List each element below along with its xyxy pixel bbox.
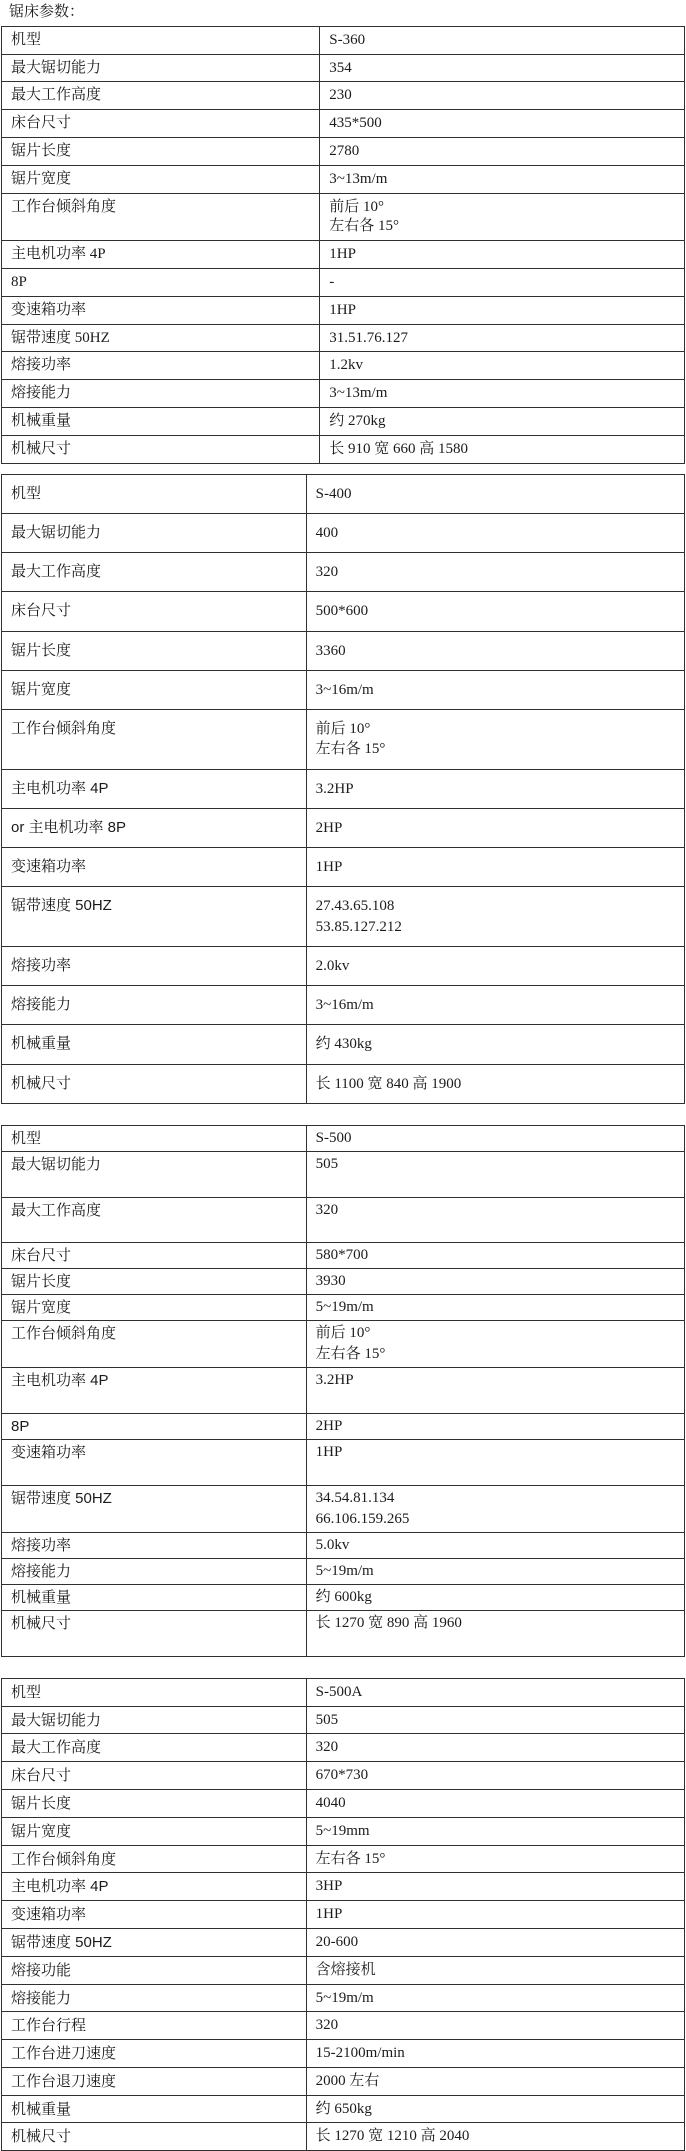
value-line: 约 270kg (329, 412, 675, 432)
table-row: 工作台倾斜角度前后 10°左右各 15° (2, 710, 685, 770)
spec-label-cell: 工作台倾斜角度 (2, 710, 307, 770)
spec-label-cell: 最大工作高度 (2, 1197, 307, 1243)
value-line: 53.85.127.212 (316, 917, 675, 937)
spec-label-cell: 熔接能力 (2, 380, 320, 408)
spec-value-cell: 1.2kv (320, 352, 685, 380)
spec-label-cell: 变速箱功率 (2, 296, 320, 324)
value-line: 400 (316, 523, 675, 543)
value-line (316, 1634, 675, 1654)
spec-label-cell: 工作台倾斜角度 (2, 1845, 307, 1873)
spec-label-cell: 锯带速度 50HZ (2, 324, 320, 352)
value-line: 左右各 15° (316, 1850, 675, 1870)
value-line: 5~19m/m (316, 1989, 675, 2009)
spec-label-cell: 机型 (2, 1125, 307, 1151)
value-line: 354 (329, 59, 675, 79)
spec-label-cell: 机型 (2, 474, 307, 513)
spec-value-cell: 长 1100 宽 840 高 1900 (306, 1064, 684, 1103)
spec-label-cell: 最大工作高度 (2, 553, 307, 592)
value-line: 1.2kv (329, 356, 675, 376)
value-line: 34.54.81.134 (316, 1488, 675, 1509)
table-row: 锯片长度4040 (2, 1789, 685, 1817)
value-line: 长 1100 宽 840 高 1900 (316, 1074, 675, 1094)
table-row: 机械尺寸长 1270 宽 890 高 1960 (2, 1610, 685, 1656)
table-row: 工作台倾斜角度前后 10°左右各 15° (2, 1321, 685, 1368)
spec-value-cell: 5~19m/m (306, 1984, 684, 2012)
table-row: 工作台倾斜角度前后 10°左右各 15° (2, 193, 685, 241)
value-line: 320 (316, 1200, 675, 1221)
table-row: 熔接功能含熔接机 (2, 1956, 685, 1984)
spec-label-cell: 锯片宽度 (2, 1817, 307, 1845)
value-line: 2780 (329, 142, 675, 162)
spec-value-cell: 2HP (306, 808, 684, 847)
spec-label-cell: 主电机功率 4P (2, 769, 307, 808)
table-row: 最大工作高度320 (2, 1197, 685, 1243)
spec-label-cell: 最大锯切能力 (2, 513, 307, 552)
spec-value-cell: 20-600 (306, 1928, 684, 1956)
spec-value-cell: 2000 左右 (306, 2067, 684, 2095)
value-line (316, 1175, 675, 1195)
value-line: 1HP (316, 1442, 675, 1463)
table-row: 变速箱功率1HP (2, 1440, 685, 1486)
spec-label-cell: or 主电机功率 8P (2, 808, 307, 847)
table-row: 床台尺寸670*730 (2, 1762, 685, 1790)
spec-value-cell: S-500A (306, 1678, 684, 1706)
table-row: 锯片宽度5~19mm (2, 1817, 685, 1845)
spec-label-cell: 熔接能力 (2, 1984, 307, 2012)
value-line: 3HP (316, 1877, 675, 1897)
value-line: 长 910 宽 660 高 1580 (329, 440, 675, 460)
spec-value-cell: 400 (306, 513, 684, 552)
value-line: 约 600kg (316, 1587, 675, 1608)
spec-label-cell: 锯片长度 (2, 631, 307, 670)
value-line: 3~16m/m (316, 680, 675, 700)
value-line: 左右各 15° (316, 1344, 675, 1365)
spec-label-cell: 8P (2, 268, 320, 296)
spec-label-cell: 最大锯切能力 (2, 1151, 307, 1197)
spec-value-cell: 约 650kg (306, 2095, 684, 2123)
spec-value-cell: 3~13m/m (320, 380, 685, 408)
spec-label-cell: 工作台行程 (2, 2012, 307, 2040)
spec-label-cell: 最大工作高度 (2, 82, 320, 110)
table-row: or 主电机功率 8P2HP (2, 808, 685, 847)
table-row: 工作台倾斜角度左右各 15° (2, 1845, 685, 1873)
value-line: 500*600 (316, 601, 675, 621)
spec-value-cell: 2.0kv (306, 946, 684, 985)
table-row: 机型S-500A (2, 1678, 685, 1706)
value-line: 320 (316, 2016, 675, 2036)
table-row: 锯片宽度5~19m/m (2, 1295, 685, 1321)
value-line: 3.2HP (316, 1370, 675, 1391)
table-row: 8P- (2, 268, 685, 296)
table-row: 机械重量约 600kg (2, 1584, 685, 1610)
spec-value-cell: 长 910 宽 660 高 1580 (320, 435, 685, 463)
spec-value-cell: 4040 (306, 1789, 684, 1817)
spec-value-cell: 34.54.81.13466.106.159.265 (306, 1485, 684, 1532)
value-line: 3~16m/m (316, 995, 675, 1015)
table-row: 主电机功率 4P3HP (2, 1873, 685, 1901)
spec-value-cell: 3~16m/m (306, 986, 684, 1025)
spec-value-cell: 1HP (306, 1901, 684, 1929)
spec-label-cell: 最大锯切能力 (2, 1706, 307, 1734)
spec-label-cell: 床台尺寸 (2, 592, 307, 631)
table-row: 机型S-400 (2, 474, 685, 513)
spec-table-s500: 机型S-500最大锯切能力505最大工作高度320床台尺寸580*700锯片长度… (1, 1125, 685, 1657)
spec-value-cell: 3360 (306, 631, 684, 670)
value-line: 2HP (316, 1416, 675, 1437)
value-line: 2HP (316, 818, 675, 838)
spec-value-cell: 1HP (320, 296, 685, 324)
spec-table-s500a: 机型S-500A最大锯切能力505最大工作高度320床台尺寸670*730锯片长… (1, 1678, 685, 2151)
value-line: 前后 10° (316, 719, 675, 739)
spec-value-cell: 1HP (306, 848, 684, 887)
value-line: 前后 10° (329, 198, 675, 218)
table-row: 工作台进刀速度15-2100m/min (2, 2040, 685, 2068)
spec-label-cell: 最大工作高度 (2, 1734, 307, 1762)
value-line: S-400 (316, 484, 675, 504)
value-line: 4040 (316, 1794, 675, 1814)
table-row: 锯带速度 50HZ34.54.81.13466.106.159.265 (2, 1485, 685, 1532)
spec-label-cell: 锯带速度 50HZ (2, 1928, 307, 1956)
spec-label-cell: 熔接能力 (2, 1558, 307, 1584)
value-line: 1HP (329, 301, 675, 321)
value-line: 66.106.159.265 (316, 1509, 675, 1530)
table-row: 锯带速度 50HZ31.51.76.127 (2, 324, 685, 352)
table-row: 最大锯切能力354 (2, 54, 685, 82)
value-line: 580*700 (316, 1245, 675, 1266)
value-line: 左右各 15° (329, 217, 675, 237)
spec-value-cell: 320 (306, 2012, 684, 2040)
spec-value-cell: 含熔接机 (306, 1956, 684, 1984)
spec-label-cell: 熔接功率 (2, 1532, 307, 1558)
spec-value-cell: S-500 (306, 1125, 684, 1151)
value-line: 2.0kv (316, 956, 675, 976)
spec-label-cell: 主电机功率 4P (2, 241, 320, 269)
spec-label-cell: 机械重量 (2, 2095, 307, 2123)
spec-value-cell: S-360 (320, 26, 685, 54)
table-row: 工作台退刀速度2000 左右 (2, 2067, 685, 2095)
spec-label-cell: 锯带速度 50HZ (2, 1485, 307, 1532)
spec-value-cell: 320 (306, 553, 684, 592)
spec-label-cell: 机械重量 (2, 407, 320, 435)
spec-label-cell: 变速箱功率 (2, 1901, 307, 1929)
table-row: 最大锯切能力400 (2, 513, 685, 552)
spec-label-cell: 变速箱功率 (2, 848, 307, 887)
spec-value-cell: 27.43.65.10853.85.127.212 (306, 887, 684, 947)
spec-label-cell: 变速箱功率 (2, 1440, 307, 1486)
spec-label-cell: 床台尺寸 (2, 1762, 307, 1790)
spec-label-cell: 机型 (2, 26, 320, 54)
table-row: 机械尺寸长 1100 宽 840 高 1900 (2, 1064, 685, 1103)
spec-value-cell: S-400 (306, 474, 684, 513)
spec-label-cell: 机型 (2, 1678, 307, 1706)
spec-value-cell: 500*600 (306, 592, 684, 631)
spec-label-cell: 主电机功率 4P (2, 1368, 307, 1414)
spec-value-cell: 约 270kg (320, 407, 685, 435)
table-row: 主电机功率 4P3.2HP (2, 1368, 685, 1414)
table-row: 机械尺寸长 910 宽 660 高 1580 (2, 435, 685, 463)
spec-table-s400: 机型S-400最大锯切能力400最大工作高度320床台尺寸500*600锯片长度… (1, 474, 685, 1104)
table-row: 锯带速度 50HZ20-600 (2, 1928, 685, 1956)
table-row: 床台尺寸500*600 (2, 592, 685, 631)
spec-value-cell: 长 1270 宽 890 高 1960 (306, 1610, 684, 1656)
spec-label-cell: 锯片长度 (2, 1269, 307, 1295)
value-line: 1HP (316, 1905, 675, 1925)
spec-label-cell: 工作台退刀速度 (2, 2067, 307, 2095)
value-line: 左右各 15° (316, 739, 675, 759)
spec-label-cell: 工作台倾斜角度 (2, 1321, 307, 1368)
value-line: 505 (316, 1154, 675, 1175)
spec-value-cell: 约 430kg (306, 1025, 684, 1064)
spec-value-cell: 505 (306, 1151, 684, 1197)
spec-value-cell: 670*730 (306, 1762, 684, 1790)
spec-value-cell: 前后 10°左右各 15° (306, 710, 684, 770)
table-row: 锯片宽度3~13m/m (2, 165, 685, 193)
table-row: 8P2HP (2, 1414, 685, 1440)
table-row: 变速箱功率1HP (2, 848, 685, 887)
spec-value-cell: 前后 10°左右各 15° (320, 193, 685, 241)
spec-value-cell: 230 (320, 82, 685, 110)
spec-label-cell: 床台尺寸 (2, 1243, 307, 1269)
value-line: 320 (316, 1738, 675, 1758)
spec-value-cell: 1HP (306, 1440, 684, 1486)
table-row: 熔接功率2.0kv (2, 946, 685, 985)
spec-label-cell: 机械尺寸 (2, 1610, 307, 1656)
spec-label-cell: 熔接功率 (2, 352, 320, 380)
spec-label-cell: 锯片宽度 (2, 1295, 307, 1321)
spec-value-cell: 3.2HP (306, 769, 684, 808)
value-line: S-500A (316, 1683, 675, 1703)
value-line (316, 1221, 675, 1241)
spec-value-cell: 5.0kv (306, 1532, 684, 1558)
value-line (316, 1463, 675, 1483)
table-row: 机械尺寸长 1270 宽 1210 高 2040 (2, 2123, 685, 2151)
spec-label-cell: 床台尺寸 (2, 110, 320, 138)
table-row: 机械重量约 270kg (2, 407, 685, 435)
spec-label-cell: 机械重量 (2, 1025, 307, 1064)
spec-value-cell: 320 (306, 1197, 684, 1243)
value-line: 505 (316, 1711, 675, 1731)
spec-value-cell: - (320, 268, 685, 296)
spec-value-cell: 580*700 (306, 1243, 684, 1269)
spec-label-cell: 机械重量 (2, 1584, 307, 1610)
value-line: 1HP (329, 245, 675, 265)
spec-value-cell: 长 1270 宽 1210 高 2040 (306, 2123, 684, 2151)
value-line: 3~13m/m (329, 170, 675, 190)
spec-value-cell: 3.2HP (306, 1368, 684, 1414)
table-row: 机械重量约 430kg (2, 1025, 685, 1064)
spec-label-cell: 主电机功率 4P (2, 1873, 307, 1901)
spec-label-cell: 熔接功能 (2, 1956, 307, 1984)
spec-label-cell: 机械尺寸 (2, 2123, 307, 2151)
spec-label-cell: 熔接能力 (2, 986, 307, 1025)
table-row: 锯带速度 50HZ27.43.65.10853.85.127.212 (2, 887, 685, 947)
spec-label-cell: 锯带速度 50HZ (2, 887, 307, 947)
spec-value-cell: 3~13m/m (320, 165, 685, 193)
table-row: 最大锯切能力505 (2, 1706, 685, 1734)
spec-label-cell: 机械尺寸 (2, 1064, 307, 1103)
value-line: 前后 10° (316, 1323, 675, 1344)
spec-value-cell: 31.51.76.127 (320, 324, 685, 352)
spec-value-cell: 2780 (320, 137, 685, 165)
value-line: 3930 (316, 1271, 675, 1292)
value-line: S-360 (329, 31, 675, 51)
table-row: 熔接功率5.0kv (2, 1532, 685, 1558)
spec-value-cell: 354 (320, 54, 685, 82)
value-line: 5~19m/m (316, 1297, 675, 1318)
value-line: 5~19m/m (316, 1561, 675, 1582)
table-row: 主电机功率 4P1HP (2, 241, 685, 269)
value-line: 435*500 (329, 114, 675, 134)
spec-value-cell: 3HP (306, 1873, 684, 1901)
spec-label-cell: 锯片长度 (2, 1789, 307, 1817)
value-line: 约 650kg (316, 2100, 675, 2120)
table-row: 熔接能力5~19m/m (2, 1558, 685, 1584)
table-row: 熔接能力3~16m/m (2, 986, 685, 1025)
value-line: 3~13m/m (329, 384, 675, 404)
value-line: 5.0kv (316, 1535, 675, 1556)
spec-value-cell: 3~16m/m (306, 670, 684, 709)
table-row: 床台尺寸435*500 (2, 110, 685, 138)
table-row: 工作台行程320 (2, 2012, 685, 2040)
table-row: 熔接功率1.2kv (2, 352, 685, 380)
spec-value-cell: 5~19m/m (306, 1558, 684, 1584)
table-row: 机型S-360 (2, 26, 685, 54)
table-row: 锯片宽度3~16m/m (2, 670, 685, 709)
table-row: 熔接能力5~19m/m (2, 1984, 685, 2012)
spec-value-cell: 1HP (320, 241, 685, 269)
spec-value-cell: 3930 (306, 1269, 684, 1295)
spec-value-cell: 15-2100m/min (306, 2040, 684, 2068)
spec-label-cell: 机械尺寸 (2, 435, 320, 463)
value-line: 3.2HP (316, 779, 675, 799)
table-row: 床台尺寸580*700 (2, 1243, 685, 1269)
spec-value-cell: 320 (306, 1734, 684, 1762)
spec-value-cell: 505 (306, 1706, 684, 1734)
table-row: 锯片长度2780 (2, 137, 685, 165)
spec-document: 锯床参数： 机型S-360最大锯切能力354最大工作高度230床台尺寸435*5… (1, 0, 685, 2151)
value-line: 230 (329, 86, 675, 106)
spec-label-cell: 锯片长度 (2, 137, 320, 165)
value-line: 31.51.76.127 (329, 329, 675, 349)
value-line: 5~19mm (316, 1822, 675, 1842)
value-line: 长 1270 宽 890 高 1960 (316, 1613, 675, 1634)
value-line: 670*730 (316, 1766, 675, 1786)
table-row: 锯片长度3930 (2, 1269, 685, 1295)
value-line: 20-600 (316, 1933, 675, 1953)
value-line: 320 (316, 562, 675, 582)
table-row: 主电机功率 4P3.2HP (2, 769, 685, 808)
table-row: 锯片长度3360 (2, 631, 685, 670)
spec-value-cell: 435*500 (320, 110, 685, 138)
spec-value-cell: 2HP (306, 1414, 684, 1440)
value-line: 含熔接机 (316, 1961, 675, 1981)
value-line: 3360 (316, 641, 675, 661)
value-line: S-500 (316, 1128, 675, 1149)
table-row: 最大工作高度320 (2, 1734, 685, 1762)
spec-label-cell: 最大锯切能力 (2, 54, 320, 82)
value-line: - (329, 273, 675, 293)
value-line: 15-2100m/min (316, 2044, 675, 2064)
table-row: 最大工作高度230 (2, 82, 685, 110)
spec-value-cell: 约 600kg (306, 1584, 684, 1610)
value-line: 长 1270 宽 1210 高 2040 (316, 2127, 675, 2147)
table-row: 熔接能力3~13m/m (2, 380, 685, 408)
spec-label-cell: 工作台倾斜角度 (2, 193, 320, 241)
table-row: 变速箱功率1HP (2, 1901, 685, 1929)
value-line: 约 430kg (316, 1034, 675, 1054)
value-line: 27.43.65.108 (316, 896, 675, 916)
table-row: 变速箱功率1HP (2, 296, 685, 324)
spec-label-cell: 锯片宽度 (2, 165, 320, 193)
spec-label-cell: 8P (2, 1414, 307, 1440)
spec-value-cell: 5~19mm (306, 1817, 684, 1845)
table-row: 机型S-500 (2, 1125, 685, 1151)
page-title: 锯床参数： (1, 2, 685, 26)
value-line (316, 1391, 675, 1411)
spec-label-cell: 锯片宽度 (2, 670, 307, 709)
table-row: 最大锯切能力505 (2, 1151, 685, 1197)
value-line: 2000 左右 (316, 2072, 675, 2092)
table-row: 机械重量约 650kg (2, 2095, 685, 2123)
value-line: 1HP (316, 857, 675, 877)
spec-table-s360: 机型S-360最大锯切能力354最大工作高度230床台尺寸435*500锯片长度… (1, 26, 685, 464)
table-row: 最大工作高度320 (2, 553, 685, 592)
spec-label-cell: 熔接功率 (2, 946, 307, 985)
spec-label-cell: 工作台进刀速度 (2, 2040, 307, 2068)
spec-value-cell: 左右各 15° (306, 1845, 684, 1873)
spec-value-cell: 5~19m/m (306, 1295, 684, 1321)
spec-value-cell: 前后 10°左右各 15° (306, 1321, 684, 1368)
